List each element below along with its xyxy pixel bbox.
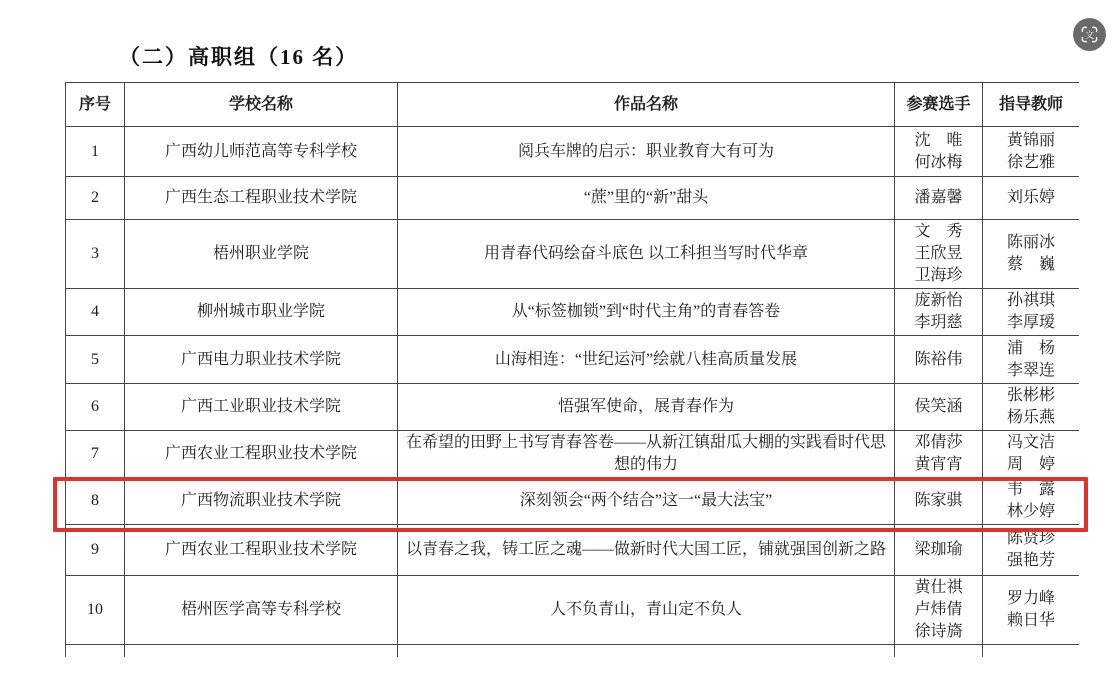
school-name: 广西电力职业技术学院 [125,336,398,384]
table-row: 5广西电力职业技术学院山海相连：“世纪运河”绘就八桂高质量发展陈裕伟浦 杨 李翠… [66,336,1080,384]
row-index: 5 [66,336,125,384]
results-table: 序号 学校名称 作品名称 参赛选手 指导教师 1广西幼儿师范高等专科学校阅兵车牌… [65,82,1079,657]
row-index: 4 [66,289,125,336]
teachers: 冯文洁 周 婷 [983,431,1080,478]
teachers: 陈贤珍 强艳芳 [983,525,1080,576]
work-title: 悟强军使命，展青春作为 [398,384,895,431]
contestants: 侯笑涵 [895,384,983,431]
table-body: 1广西幼儿师范高等专科学校阅兵车牌的启示：职业教育大有可为沈 唯 何冰梅黄锦丽 … [66,127,1080,658]
table-row: 9广西农业工程职业技术学院以青春之我，铸工匠之魂——做新时代大国工匠，铺就强国创… [66,525,1080,576]
table-row: 8广西物流职业技术学院深刻领会“两个结合”这一“最大法宝”陈家骐韦 露 林少婷 [66,478,1080,525]
header-teachers: 指导教师 [983,83,1080,127]
table-row: 1广西幼儿师范高等专科学校阅兵车牌的启示：职业教育大有可为沈 唯 何冰梅黄锦丽 … [66,127,1080,177]
section-title: （二）高职组（16 名） [119,41,358,71]
table-row: 3梧州职业学院用青春代码绘奋斗底色 以工科担当写时代华章文 秀 王欣昱 卫海珍陈… [66,220,1080,289]
row-index: 2 [66,177,125,220]
header-serial: 序号 [66,83,125,127]
school-name: 广西农业工程职业技术学院 [125,431,398,478]
work-title: 以青春之我，铸工匠之魂——做新时代大国工匠，铺就强国创新之路 [398,525,895,576]
row-index: 3 [66,220,125,289]
contestants: 梁珈瑜 [895,525,983,576]
extract-text-icon: 文 [1080,25,1099,44]
school-name: 梧州职业学院 [125,220,398,289]
school-name: 柳州城市职业学院 [125,289,398,336]
results-table-container: 序号 学校名称 作品名称 参赛选手 指导教师 1广西幼儿师范高等专科学校阅兵车牌… [65,82,1079,657]
teachers: 张彬彬 杨乐燕 [983,384,1080,431]
contestants: 沈 唯 何冰梅 [895,127,983,177]
contestants: 庞新怡 李玥慈 [895,289,983,336]
table-row: 10梧州医学高等专科学校人不负青山，青山定不负人黄仕祺 卢炜倩 徐诗旖罗力峰 赖… [66,576,1080,645]
table-row: 6广西工业职业技术学院悟强军使命，展青春作为侯笑涵张彬彬 杨乐燕 [66,384,1080,431]
svg-text:文: 文 [1085,29,1094,40]
empty-cell [125,645,398,658]
teachers: 刘乐婷 [983,177,1080,220]
header-school: 学校名称 [125,83,398,127]
teachers: 黄锦丽 徐艺雅 [983,127,1080,177]
work-title: 深刻领会“两个结合”这一“最大法宝” [398,478,895,525]
row-index: 9 [66,525,125,576]
teachers: 罗力峰 赖日华 [983,576,1080,645]
row-index: 1 [66,127,125,177]
contestants: 邓倩莎 黄宵宵 [895,431,983,478]
empty-cell [66,645,125,658]
school-name: 梧州医学高等专科学校 [125,576,398,645]
contestants: 文 秀 王欣昱 卫海珍 [895,220,983,289]
work-title: 在希望的田野上书写青春答卷——从新江镇甜瓜大棚的实践看时代思想的伟力 [398,431,895,478]
teachers: 陈丽冰 蔡 巍 [983,220,1080,289]
work-title: 阅兵车牌的启示：职业教育大有可为 [398,127,895,177]
teachers: 浦 杨 李翠连 [983,336,1080,384]
school-name: 广西生态工程职业技术学院 [125,177,398,220]
row-index: 6 [66,384,125,431]
work-title: 用青春代码绘奋斗底色 以工科担当写时代华章 [398,220,895,289]
work-title: 从“标签枷锁”到“时代主角”的青春答卷 [398,289,895,336]
row-index: 8 [66,478,125,525]
contestants: 陈裕伟 [895,336,983,384]
header-work: 作品名称 [398,83,895,127]
empty-cell [398,645,895,658]
school-name: 广西工业职业技术学院 [125,384,398,431]
table-row: 2广西生态工程职业技术学院“蔗”里的“新”甜头潘嘉馨刘乐婷 [66,177,1080,220]
teachers: 孙祺琪 李厚瑷 [983,289,1080,336]
contestants: 陈家骐 [895,478,983,525]
table-header-row: 序号 学校名称 作品名称 参赛选手 指导教师 [66,83,1080,127]
table-row-partial [66,645,1080,658]
school-name: 广西物流职业技术学院 [125,478,398,525]
table-row: 4柳州城市职业学院从“标签枷锁”到“时代主角”的青春答卷庞新怡 李玥慈孙祺琪 李… [66,289,1080,336]
row-index: 10 [66,576,125,645]
work-title: 山海相连：“世纪运河”绘就八桂高质量发展 [398,336,895,384]
work-title: 人不负青山，青山定不负人 [398,576,895,645]
table-row: 7广西农业工程职业技术学院在希望的田野上书写青春答卷——从新江镇甜瓜大棚的实践看… [66,431,1080,478]
work-title: “蔗”里的“新”甜头 [398,177,895,220]
extract-text-button[interactable]: 文 [1073,18,1106,51]
header-contestants: 参赛选手 [895,83,983,127]
empty-cell [895,645,983,658]
empty-cell [983,645,1080,658]
contestants: 黄仕祺 卢炜倩 徐诗旖 [895,576,983,645]
contestants: 潘嘉馨 [895,177,983,220]
school-name: 广西农业工程职业技术学院 [125,525,398,576]
school-name: 广西幼儿师范高等专科学校 [125,127,398,177]
teachers: 韦 露 林少婷 [983,478,1080,525]
row-index: 7 [66,431,125,478]
